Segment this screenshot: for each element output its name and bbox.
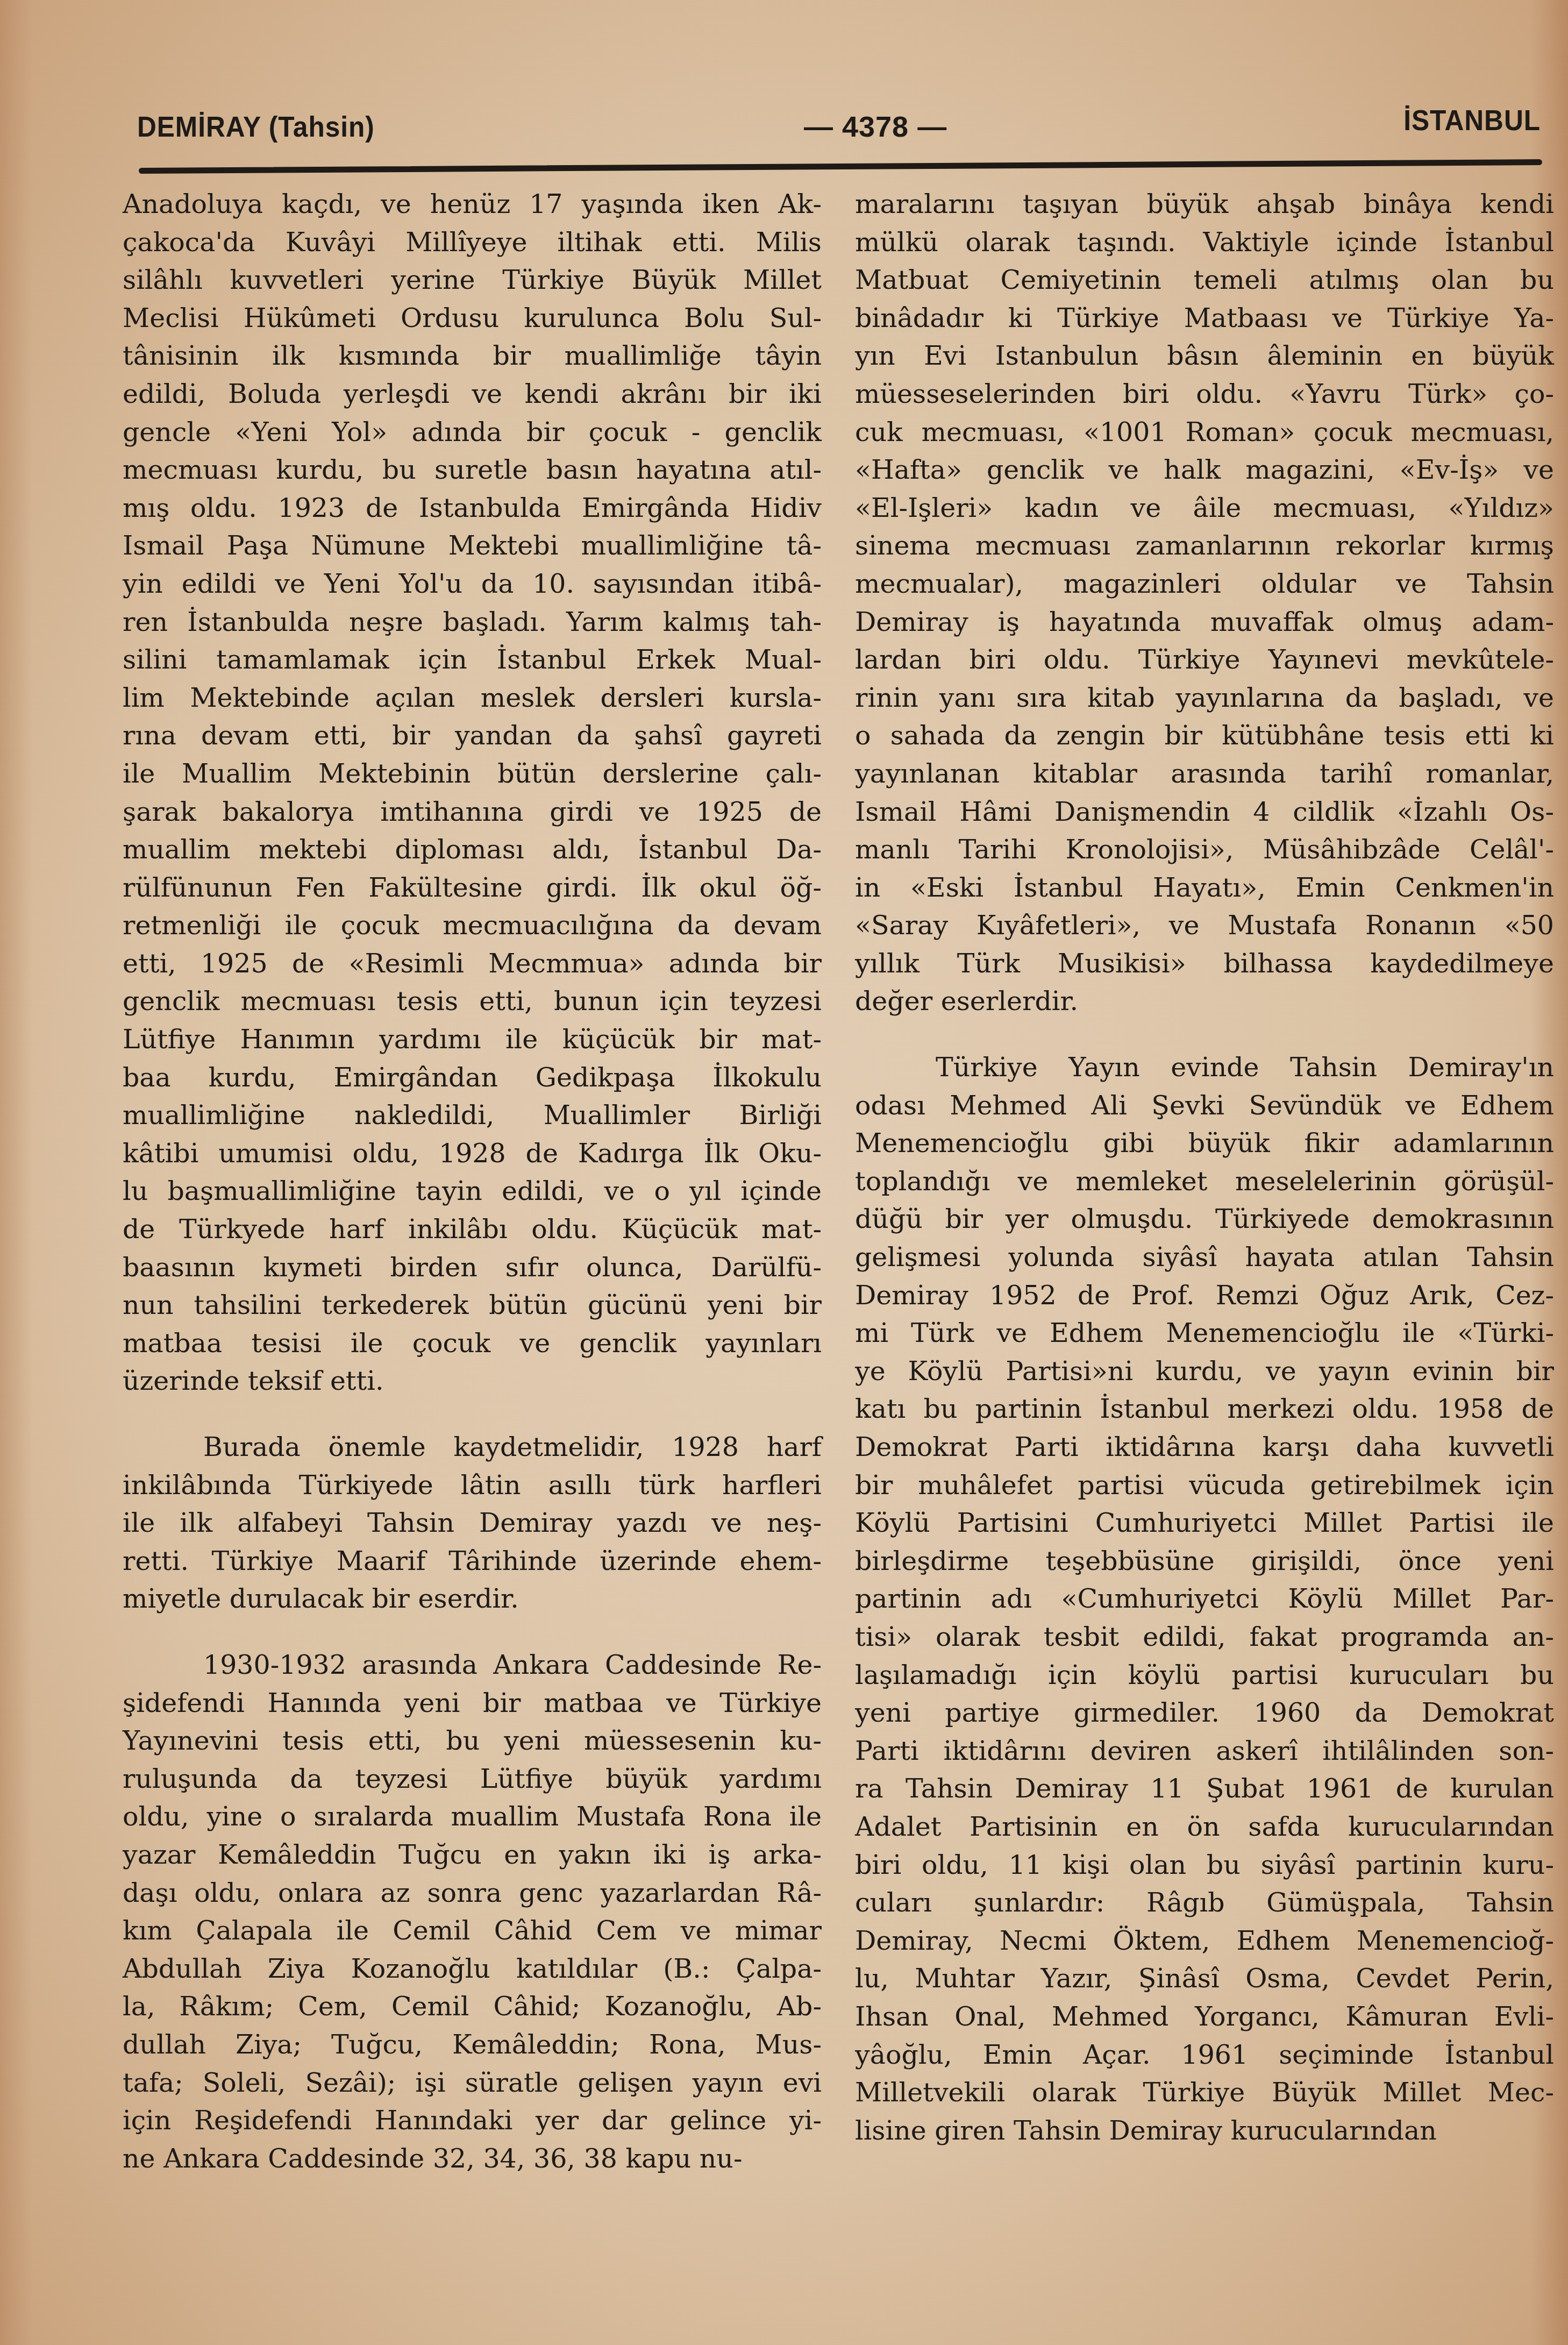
text-line: dullah Ziya; Tuğcu, Kemâleddin; Rona, Mu… bbox=[123, 2026, 822, 2064]
text-line: cuk mecmuası, «1001 Roman» çocuk mecmuas… bbox=[855, 414, 1554, 452]
header-entry-name: DEMİRAY (Tahsin) bbox=[137, 110, 375, 144]
text-line: kâtibi umumisi oldu, 1928 de Kadırga İlk… bbox=[123, 1135, 822, 1173]
text-line: yın Evi Istanbulun bâsın âleminin en büy… bbox=[855, 337, 1554, 375]
text-line: Ihsan Onal, Mehmed Yorgancı, Kâmuran Evl… bbox=[855, 1998, 1554, 2036]
text-line: muallimliğine nakledildi, Muallimler Bir… bbox=[123, 1097, 822, 1135]
page-number: — 4378 — bbox=[804, 110, 947, 144]
text-line: için Reşidefendi Hanındaki yer dar gelin… bbox=[123, 2102, 822, 2140]
text-line: düğü bir yer olmuşdu. Türkiyede demokras… bbox=[855, 1200, 1554, 1239]
right-column: maralarını taşıyan büyük ahşab binâya ke… bbox=[855, 186, 1554, 2150]
text-line: ren İstanbulda neşre başladı. Yarım kalm… bbox=[123, 603, 822, 642]
paragraph: Türkiye Yayın evinde Tahsin Demiray'ınod… bbox=[855, 1049, 1554, 2150]
running-header: DEMİRAY (Tahsin) — 4378 — İSTANBUL bbox=[137, 110, 1541, 148]
text-line: ra Tahsin Demiray 11 Şubat 1961 de kurul… bbox=[855, 1770, 1554, 1808]
text-line: mecmualar), magazinleri oldular ve Tahsi… bbox=[855, 565, 1554, 603]
paragraph: 1930-1932 arasında Ankara Caddesinde Re-… bbox=[123, 1646, 822, 2178]
text-line: Parti iktidârını deviren askerî ihtilâli… bbox=[855, 1732, 1554, 1771]
text-line: yin edildi ve Yeni Yol'u da 10. sayısınd… bbox=[123, 565, 822, 603]
text-line: «Saray Kıyâfetleri», ve Mustafa Ronanın … bbox=[855, 907, 1554, 945]
text-line: Burada önemle kaydetmelidir, 1928 harf bbox=[123, 1429, 822, 1467]
text-line: manlı Tarihi Kronolojisi», Müsâhibzâde C… bbox=[855, 831, 1554, 869]
paragraph: maralarını taşıyan büyük ahşab binâya ke… bbox=[855, 186, 1554, 1021]
text-line: çakoca'da Kuvâyi Millîyeye iltihak etti.… bbox=[123, 224, 822, 262]
text-line: Abdullah Ziya Kozanoğlu katıldılar (B.: … bbox=[123, 1950, 822, 1988]
text-line: kım Çalapala ile Cemil Câhid Cem ve mima… bbox=[123, 1912, 822, 1950]
text-line: partinin adı «Cumhuriyetci Köylü Millet … bbox=[855, 1580, 1554, 1618]
text-line: Anadoluya kaçdı, ve henüz 17 yaşında ike… bbox=[123, 186, 822, 224]
text-line: mi Türk ve Edhem Menemencioğlu ile «Türk… bbox=[855, 1314, 1554, 1353]
text-line: mecmuası kurdu, bu suretle basın hayatın… bbox=[123, 451, 822, 489]
text-line: lisine giren Tahsin Demiray kurucularınd… bbox=[855, 2112, 1554, 2150]
text-line: retti. Türkiye Maarif Târihinde üzerinde… bbox=[123, 1543, 822, 1581]
text-line: gencle «Yeni Yol» adında bir çocuk - gen… bbox=[123, 414, 822, 452]
text-line: ne Ankara Caddesinde 32, 34, 36, 38 kapu… bbox=[123, 2140, 822, 2178]
text-line: ruluşunda da teyzesi Lütfiye büyük yardı… bbox=[123, 1760, 822, 1799]
text-line: edildi, Boluda yerleşdi ve kendi akrânı … bbox=[123, 375, 822, 414]
text-line: ile ilk alfabeyi Tahsin Demiray yazdı ve… bbox=[123, 1504, 822, 1543]
text-line: daşı oldu, onlara az sonra genc yazarlar… bbox=[123, 1874, 822, 1913]
text-line: genclik mecmuası tesis etti, bunun için … bbox=[123, 983, 822, 1021]
text-line: Meclisi Hükûmeti Ordusu kurulunca Bolu S… bbox=[123, 300, 822, 338]
text-line: retmenliği ile çocuk mecmuacılığına da d… bbox=[123, 907, 822, 945]
text-line: katı bu partinin İstanbul merkezi oldu. … bbox=[855, 1390, 1554, 1429]
text-line: müesseselerinden biri oldu. «Yavru Türk»… bbox=[855, 375, 1554, 414]
text-line: baa kurdu, Emirgândan Gedikpaşa İlkokulu bbox=[123, 1059, 822, 1097]
paragraph-gap bbox=[123, 1618, 822, 1646]
text-line: binâdadır ki Türkiye Matbaası ve Türkiye… bbox=[855, 300, 1554, 338]
header-section-title: İSTANBUL bbox=[1403, 104, 1541, 137]
text-line: yazar Kemâleddin Tuğcu en yakın iki iş a… bbox=[123, 1836, 822, 1874]
text-line: Adalet Partisinin en ön safda kurucuları… bbox=[855, 1808, 1554, 1846]
text-line: Türkiye Yayın evinde Tahsin Demiray'ın bbox=[855, 1049, 1554, 1087]
text-line: 1930-1932 arasında Ankara Caddesinde Re- bbox=[123, 1646, 822, 1685]
text-line: baasının kıymeti birden sıfır olunca, Da… bbox=[123, 1249, 822, 1287]
text-line: sinema mecmuası zamanlarının rekorlar kı… bbox=[855, 527, 1554, 565]
header-rule bbox=[139, 159, 1542, 174]
text-line: lu, Muhtar Yazır, Şinâsî Osma, Cevdet Pe… bbox=[855, 1960, 1554, 1998]
paragraph-gap bbox=[855, 1021, 1554, 1049]
text-line: silini tamamlamak için İstanbul Erkek Mu… bbox=[123, 641, 822, 679]
text-line: tânisinin ilk kısmında bir muallimliğe t… bbox=[123, 337, 822, 375]
text-line: «Hafta» genclik ve halk magazini, «Ev-İş… bbox=[855, 451, 1554, 489]
text-line: rına devam etti, bir yandan da şahsî gay… bbox=[123, 717, 822, 755]
text-line: Demiray iş hayatında muvaffak olmuş adam… bbox=[855, 603, 1554, 642]
text-line: de Türkyede harf inkilâbı oldu. Küçücük … bbox=[123, 1211, 822, 1249]
text-line: toplandığı ve memleket meselelerinin gör… bbox=[855, 1163, 1554, 1201]
text-line: Milletvekili olarak Türkiye Büyük Millet… bbox=[855, 2074, 1554, 2112]
text-line: silâhlı kuvvetleri yerine Türkiye Büyük … bbox=[123, 261, 822, 300]
text-line: lardan biri oldu. Türkiye Yayınevi mevkû… bbox=[855, 641, 1554, 679]
text-line: «El-Işleri» kadın ve âile mecmuası, «Yıl… bbox=[855, 489, 1554, 528]
text-line: odası Mehmed Ali Şevki Sevündük ve Edhem bbox=[855, 1087, 1554, 1125]
text-line: biri oldu, 11 kişi olan bu siyâsî partin… bbox=[855, 1846, 1554, 1885]
text-line: Menemencioğlu gibi büyük fikir adamların… bbox=[855, 1125, 1554, 1163]
text-line: in «Eski İstanbul Hayatı», Emin Cenkmen'… bbox=[855, 869, 1554, 907]
text-line: Lütfiye Hanımın yardımı ile küçücük bir … bbox=[123, 1021, 822, 1059]
text-line: la, Râkım; Cem, Cemil Câhid; Kozanoğlu, … bbox=[123, 1988, 822, 2026]
text-line: Demiray, Necmi Öktem, Edhem Menemencioğ- bbox=[855, 1922, 1554, 1960]
text-line: lu başmuallimliğine tayin edildi, ve o y… bbox=[123, 1172, 822, 1211]
text-line: yeni partiye girmediler. 1960 da Demokra… bbox=[855, 1694, 1554, 1732]
text-line: Köylü Partisini Cumhuriyetci Millet Part… bbox=[855, 1504, 1554, 1543]
text-line: Ismail Paşa Nümune Mektebi muallimliğine… bbox=[123, 527, 822, 565]
text-line: yâoğlu, Emin Açar. 1961 seçiminde İstanb… bbox=[855, 2036, 1554, 2074]
text-line: birleşdirme teşebbüsüne girişildi, önce … bbox=[855, 1543, 1554, 1581]
text-line: inkilâbında Türkiyede lâtin asıllı türk … bbox=[123, 1467, 822, 1505]
text-line: bir muhâlefet partisi vücuda getirebilme… bbox=[855, 1467, 1554, 1505]
paragraph: Anadoluya kaçdı, ve henüz 17 yaşında ike… bbox=[123, 186, 822, 1401]
text-line: Demokrat Parti iktidârına karşı daha kuv… bbox=[855, 1429, 1554, 1467]
text-line: muallim mektebi diploması aldı, İstanbul… bbox=[123, 831, 822, 869]
text-line: lim Mektebinde açılan meslek dersleri ku… bbox=[123, 679, 822, 717]
text-line: miyetle durulacak bir eserdir. bbox=[123, 1580, 822, 1618]
text-line: nun tahsilini terkederek bütün gücünü ye… bbox=[123, 1287, 822, 1325]
text-line: matbaa tesisi ile çocuk ve genclik yayın… bbox=[123, 1325, 822, 1363]
text-line: cuları şunlardır: Râgıb Gümüşpala, Tahsi… bbox=[855, 1884, 1554, 1922]
text-line: şarak bakalorya imtihanına girdi ve 1925… bbox=[123, 793, 822, 832]
text-line: oldu, yine o sıralarda muallim Mustafa R… bbox=[123, 1798, 822, 1836]
paragraph-gap bbox=[123, 1401, 822, 1429]
text-line: mış oldu. 1923 de Istanbulda Emirgânda H… bbox=[123, 489, 822, 528]
text-line: rinin yanı sıra kitab yayınlarına da baş… bbox=[855, 679, 1554, 717]
text-line: tafa; Soleli, Sezâi); işi süratle gelişe… bbox=[123, 2064, 822, 2102]
text-line: değer eserlerdir. bbox=[855, 983, 1554, 1021]
text-line: yıllık Türk Musikisi» bilhassa kaydedilm… bbox=[855, 945, 1554, 983]
text-line: Ismail Hâmi Danişmendin 4 cildlik «İzahl… bbox=[855, 793, 1554, 832]
left-column: Anadoluya kaçdı, ve henüz 17 yaşında ike… bbox=[123, 186, 822, 2178]
text-line: rülfünunun Fen Fakültesine girdi. İlk ok… bbox=[123, 869, 822, 907]
text-line: tisi» olarak tesbit edildi, fakat progra… bbox=[855, 1618, 1554, 1657]
text-line: mülkü olarak taşındı. Vaktiyle içinde İs… bbox=[855, 224, 1554, 262]
text-line: maralarını taşıyan büyük ahşab binâya ke… bbox=[855, 186, 1554, 224]
paragraph: Burada önemle kaydetmelidir, 1928 harfin… bbox=[123, 1429, 822, 1618]
text-line: gelişmesi yolunda siyâsî hayata atılan T… bbox=[855, 1239, 1554, 1277]
text-line: yayınlanan kitablar arasında tarihî roma… bbox=[855, 755, 1554, 793]
text-line: o sahada da zengin bir kütübhâne tesis e… bbox=[855, 717, 1554, 755]
text-line: şidefendi Hanında yeni bir matbaa ve Tür… bbox=[123, 1685, 822, 1723]
text-line: laşılamadığı için köylü partisi kurucula… bbox=[855, 1657, 1554, 1695]
text-line: etti, 1925 de «Resimli Mecmmua» adında b… bbox=[123, 945, 822, 983]
text-line: ile Muallim Mektebinin bütün derslerine … bbox=[123, 755, 822, 793]
page-edge-shadow-left bbox=[0, 0, 32, 2345]
text-line: Matbuat Cemiyetinin temeli atılmış olan … bbox=[855, 261, 1554, 300]
text-line: ye Köylü Partisi»ni kurdu, ve yayın evin… bbox=[855, 1353, 1554, 1391]
text-line: Demiray 1952 de Prof. Remzi Oğuz Arık, C… bbox=[855, 1277, 1554, 1315]
text-line: üzerinde teksif etti. bbox=[123, 1362, 822, 1401]
text-line: Yayınevini tesis etti, bu yeni müessesen… bbox=[123, 1722, 822, 1760]
